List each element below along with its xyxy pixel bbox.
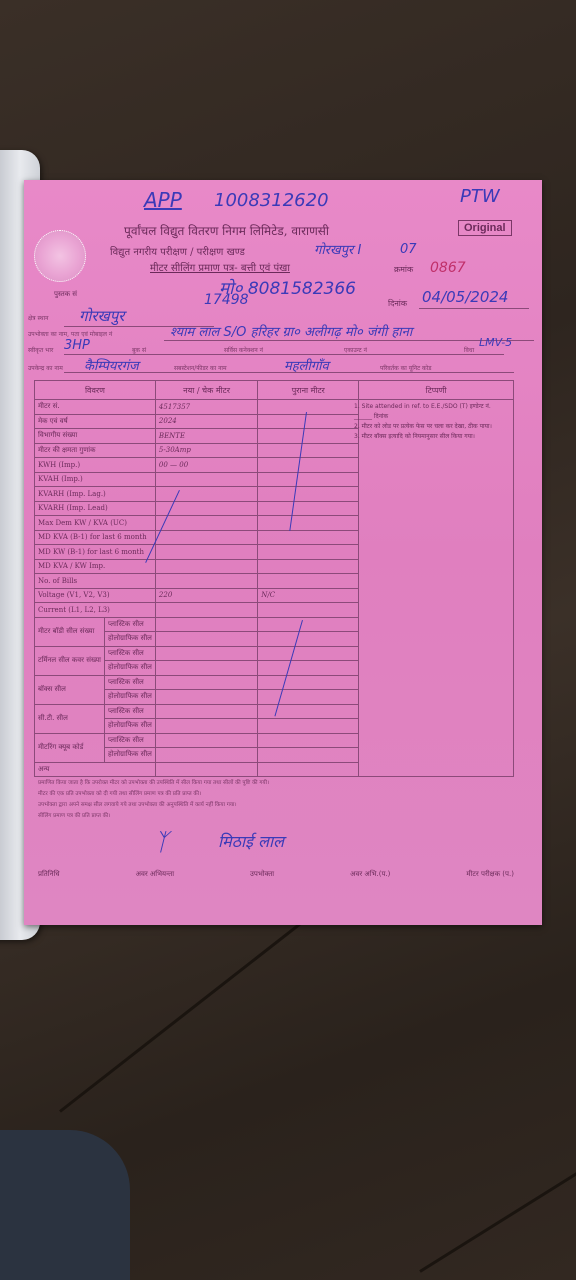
new-meter-seal [155,748,257,763]
old-meter-value [258,516,359,531]
division-label: विद्युत नगरीय परीक्षण / परीक्षण खण्ड [110,244,245,258]
copy-type-badge: Original [458,220,512,236]
pole-code-label: परिवर्तक का यूनिट कोड [380,364,431,372]
new-meter-value: 5-30Amp [155,443,257,458]
signature-label: उपभोक्ता [250,870,274,879]
load-underline [64,354,504,355]
old-meter-value [258,400,359,415]
representative-scribble: ᛉ [154,828,168,856]
old-meter-value [258,574,359,589]
row-label: KVARH (Imp. Lag.) [35,487,156,502]
col-header-remarks: टिप्पणी [359,381,514,400]
new-meter-value: 2024 [155,414,257,429]
area-value: गोरखपुर [79,306,124,326]
seal-group-label: मीटर बॉडी सील संख्या [35,617,105,646]
row-label: KVARH (Imp. Lead) [35,501,156,516]
new-meter-value [155,559,257,574]
declaration-line: मीटर की एक प्रति उपभोक्ता को दी गयी तथा … [38,789,514,800]
old-meter-value [258,414,359,429]
substation-label: उपकेन्द्र का नाम [28,364,63,372]
old-meter-seal [258,690,359,705]
declaration-line: प्रमाणित किया जाता है कि उपरोक्त मीटर को… [38,778,514,789]
seal-type-label: होलोग्राफिक सील [104,661,155,676]
row-label: KVAH (Imp.) [35,472,156,487]
consumer-value: श्याम लाल S/O हरिहर ग्रा० अलीगढ़ मो० जंग… [170,322,412,340]
seal-group-label: सी.टी. सील [35,704,105,733]
row-label: Voltage (V1, V2, V3) [35,588,156,603]
table-plank-gap [419,1164,576,1273]
col-header-old-meter: पुराना मीटर [258,381,359,400]
remark-note: 3. मीटर बॉक्स इत्यादि को नियमानुसार सील … [354,432,509,442]
app-number: 1008312620 [214,190,329,211]
old-meter-value [258,603,359,618]
new-meter-value [155,530,257,545]
remark-note: 2. मीटर को लोड पर प्रत्येक फेस पर चला कर… [354,422,509,432]
row-label: KWH (Imp.) [35,458,156,473]
new-meter-seal [155,690,257,705]
app-number-label: APP [144,188,182,212]
old-meter-seal [258,719,359,734]
new-meter-value [155,574,257,589]
old-meter-seal [258,704,359,719]
category-label: विधा [464,346,474,354]
row-label: अन्य [35,762,156,777]
col-header-new-meter: नया / चेक मीटर [155,381,257,400]
form-title: मीटर सीलिंग प्रमाण पत्र- बत्ती एवं पंखा [150,260,290,274]
new-meter-value [155,603,257,618]
row-label: MD KW (B-1) for last 6 month [35,545,156,560]
declaration-line: सीलिंग प्रमाण पत्र की प्रति प्राप्त की। [38,811,514,822]
consumer-signature: मिठाई लाल [218,830,284,852]
row-label: No. of Bills [35,574,156,589]
signature-label: मीटर परीक्षक (प.) [466,870,514,879]
book-number-label: पुस्तक सं [54,290,77,299]
company-name: पूर्वांचल विद्युत वितरण निगम लिमिटेड, वा… [124,222,329,239]
row-label: मीटर की क्षमता गुणांक [35,443,156,458]
seal-type-label: प्लास्टिक सील [104,733,155,748]
old-meter-seal [258,632,359,647]
declaration-text: प्रमाणित किया जाता है कि उपरोक्त मीटर को… [38,778,514,822]
old-meter-value [258,762,359,777]
consumer-label: उपभोक्ता का नाम, पता एवं मोबाइल नं [28,330,112,338]
old-meter-seal [258,617,359,632]
row-label: MD KVA (B-1) for last 6 month [35,530,156,545]
seal-type-label: प्लास्टिक सील [104,646,155,661]
new-meter-value [155,545,257,560]
remarks-notes: 1. Site attended in ref. to E.E./SDO (T)… [354,402,509,442]
form-tag: PTW [460,186,500,207]
new-meter-value [155,516,257,531]
load-label: स्वीकृत भार [28,346,53,354]
substation-underline [64,372,514,373]
row-label: Current (L1, L2, L3) [35,603,156,618]
row-label: मीटर सं. [35,400,156,415]
signature-label: प्रतिनिधि [38,870,60,879]
old-meter-seal [258,733,359,748]
seal-type-label: प्लास्टिक सील [104,704,155,719]
serial-value: 0867 [430,260,466,276]
book-number: 17498 [204,292,249,308]
new-meter-seal [155,632,257,647]
old-meter-seal [258,675,359,690]
person-leg [0,1130,130,1280]
account-number-label: एकाउन्ट नं [344,346,367,354]
book-no-label: बुक सं [132,346,146,354]
old-meter-seal [258,661,359,676]
row-label: विभागीय संख्या [35,429,156,444]
row-label: MD KVA / KW Imp. [35,559,156,574]
old-meter-value [258,472,359,487]
old-meter-value [258,443,359,458]
declaration-line: उपभोक्ता द्वारा अपने समक्ष सील लगवाये गय… [38,800,514,811]
date-underline [419,308,529,309]
old-meter-value [258,458,359,473]
feeder-label: सबस्टेशन/फीडर का नाम [174,364,227,372]
old-meter-seal [258,748,359,763]
remarks-cell [359,400,514,777]
load-value: 3HP [64,338,90,353]
old-meter-value [258,545,359,560]
seal-type-label: होलोग्राफिक सील [104,690,155,705]
remark-note: 1. Site attended in ref. to E.E./SDO (T)… [354,402,509,422]
date-value: 04/05/2024 [422,288,508,306]
signature-label: अवर अभियन्ता [136,870,174,879]
new-meter-value: 4517357 [155,400,257,415]
seal-type-label: होलोग्राफिक सील [104,632,155,647]
old-meter-seal [258,646,359,661]
signature-row: प्रतिनिधि अवर अभियन्ता उपभोक्ता अवर अभि.… [38,870,514,879]
new-meter-seal [155,704,257,719]
new-meter-value: BENTE [155,429,257,444]
company-seal-emblem [34,230,86,282]
seal-group-label: बॉक्स सील [35,675,105,704]
seal-type-label: प्लास्टिक सील [104,617,155,632]
old-meter-value [258,501,359,516]
seal-type-label: प्लास्टिक सील [104,675,155,690]
old-meter-value [258,530,359,545]
meter-sealing-certificate: APP 1008312620 PTW Original पूर्वांचल वि… [24,180,542,925]
division-code: 07 [400,242,417,257]
area-label: क्षेत्र स्थान [28,314,48,322]
category-value: LMV-5 [479,336,512,349]
new-meter-seal [155,733,257,748]
signature-label: अवर अभि.(प.) [350,870,390,879]
division-value: गोरखपुर I [314,240,361,258]
new-meter-value [155,487,257,502]
date-label: दिनांक [388,298,407,309]
serial-label: क्रमांक [394,264,413,275]
col-header-description: विवरण [35,381,156,400]
old-meter-value [258,487,359,502]
old-meter-value [258,429,359,444]
new-meter-value [155,762,257,777]
seal-type-label: होलोग्राफिक सील [104,748,155,763]
service-connection-label: सर्विस कनेक्शन नं [224,346,263,354]
new-meter-value [155,472,257,487]
seal-type-label: होलोग्राफिक सील [104,719,155,734]
old-meter-value [258,559,359,574]
new-meter-seal [155,719,257,734]
new-meter-value: 220 [155,588,257,603]
new-meter-seal [155,617,257,632]
old-meter-value: N/C [258,588,359,603]
seal-group-label: मीटरिंग क्यूब कोर्ड [35,733,105,762]
row-label: मेक एवं वर्ष [35,414,156,429]
new-meter-value: 00 — 00 [155,458,257,473]
new-meter-seal [155,646,257,661]
row-label: Max Dem KW / KVA (UC) [35,516,156,531]
new-meter-seal [155,661,257,676]
new-meter-seal [155,675,257,690]
seal-group-label: टर्मिनल सील कवर संख्या [35,646,105,675]
